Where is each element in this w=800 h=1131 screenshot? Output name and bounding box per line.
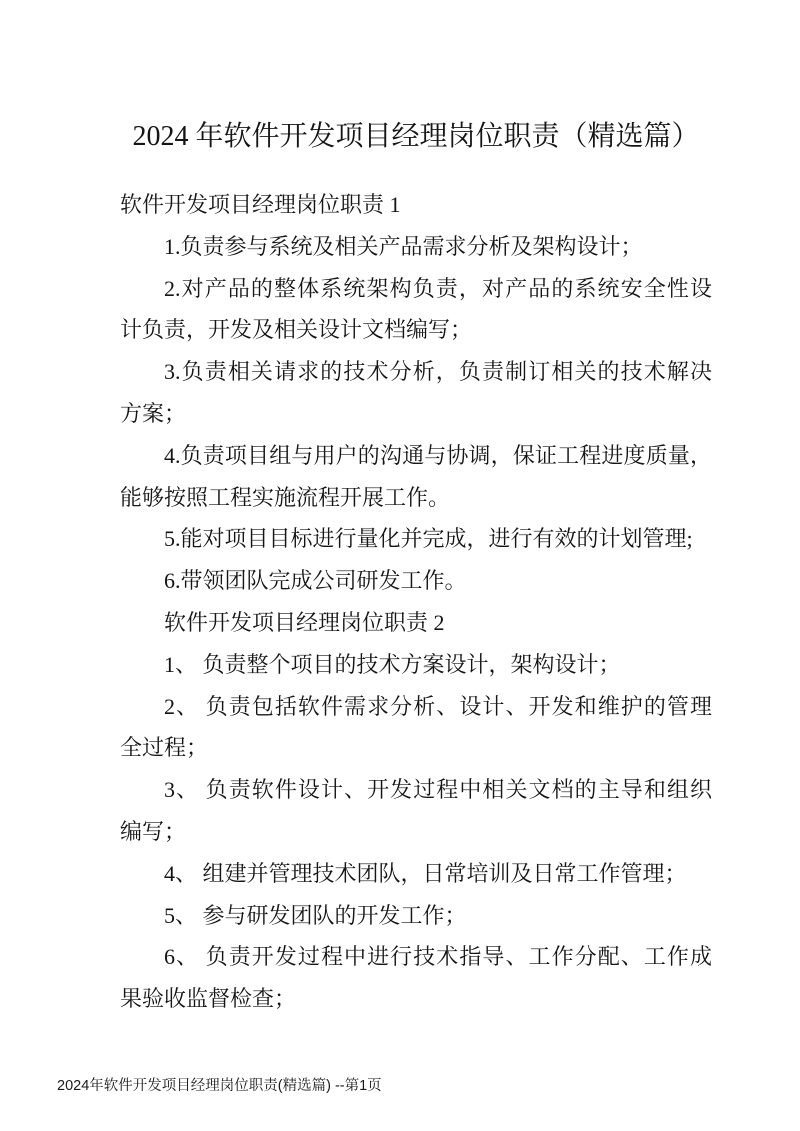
body-line: 6.带领团队完成公司研发工作。 (120, 560, 712, 602)
section-2-heading: 软件开发项目经理岗位职责 2 (120, 602, 712, 644)
page-footer: 2024年软件开发项目经理岗位职责(精选篇) --第1页 (57, 1076, 382, 1096)
document-title: 2024 年软件开发项目经理岗位职责（精选篇） (120, 112, 712, 162)
body-line: 1.负责参与系统及相关产品需求分析及架构设计； (120, 226, 712, 268)
body-line: 5、 参与研发团队的开发工作； (120, 895, 712, 937)
document-page: 2024 年软件开发项目经理岗位职责（精选篇） 软件开发项目经理岗位职责 1 1… (0, 0, 800, 1131)
body-line: 果验收监督检查； (120, 978, 712, 1020)
body-line: 计负责，开发及相关设计文档编写； (120, 309, 712, 351)
body-line: 5.能对项目目标进行量化并完成，进行有效的计划管理; (120, 518, 712, 560)
body-line: 2.对产品的整体系统架构负责，对产品的系统安全性设 (120, 268, 712, 310)
body-line: 编写； (120, 811, 712, 853)
body-line: 3、 负责软件设计、开发过程中相关文档的主导和组织 (120, 769, 712, 811)
section-1-heading: 软件开发项目经理岗位职责 1 (120, 184, 712, 226)
body-line: 能够按照工程实施流程开展工作。 (120, 477, 712, 519)
body-line: 2、 负责包括软件需求分析、设计、开发和维护的管理 (120, 686, 712, 728)
body-line: 6、 负责开发过程中进行技术指导、工作分配、工作成 (120, 936, 712, 978)
body-line: 4、 组建并管理技术团队，日常培训及日常工作管理； (120, 853, 712, 895)
body-line: 3.负责相关请求的技术分析，负责制订相关的技术解决 (120, 351, 712, 393)
body-line: 1、 负责整个项目的技术方案设计，架构设计； (120, 644, 712, 686)
body-line: 方案； (120, 393, 712, 435)
body-line: 全过程； (120, 727, 712, 769)
body-line: 4.负责项目组与用户的沟通与协调，保证工程进度质量， (120, 435, 712, 477)
document-body: 软件开发项目经理岗位职责 1 1.负责参与系统及相关产品需求分析及架构设计； 2… (120, 184, 712, 1020)
